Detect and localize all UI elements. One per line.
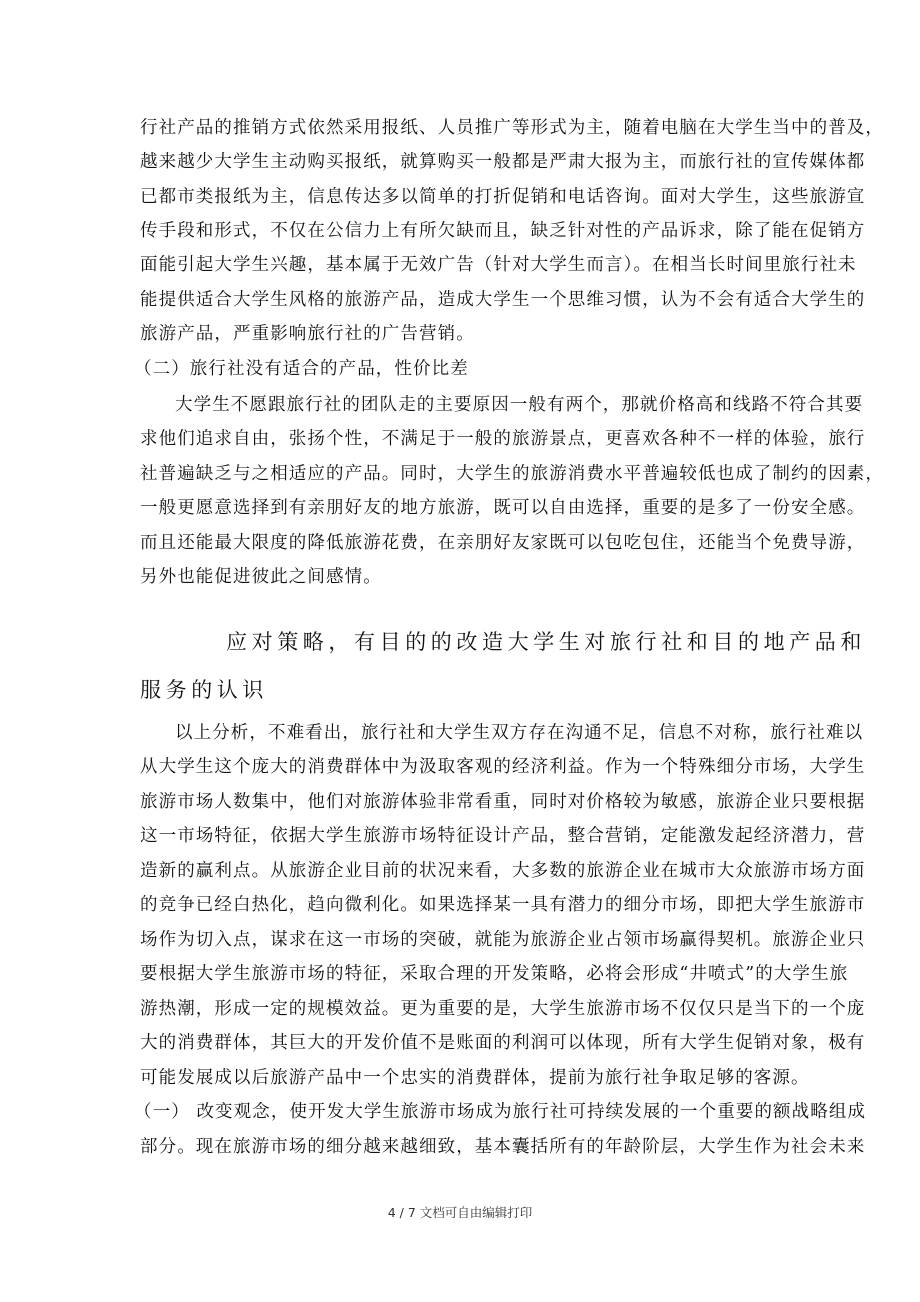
paragraph-line: 从大学生这个庞大的消费群体中为汲取客观的经济利益。作为一个特殊细分市场，大学生 [140, 756, 782, 778]
page-footer: 4 / 7 文档可自由编辑打印 [0, 1203, 920, 1221]
subheading: （二）旅行社没有适合的产品，性价比差 [134, 358, 776, 380]
paragraph-line: 这一市场特征，依据大学生旅游市场特征设计产品，整合营销，定能激发起经济潜力，营 [140, 825, 782, 847]
paragraph-line: 可能发展成以后旅游产品中一个忠实的消费群体，提前为旅行社争取足够的客源。 [140, 1067, 782, 1089]
document-page: 行社产品的推销方式依然采用报纸、人员推广等形式为主，随着电脑在大学生当中的普及，… [0, 0, 920, 1302]
paragraph-line: 求他们追求自由，张扬个性，不满足于一般的旅游景点，更喜欢各种不一样的体验，旅行 [140, 428, 782, 450]
paragraph-line: 大的消费群体，其巨大的开发价值不是账面的利润可以体现，所有大学生促销对象，极有 [140, 1032, 782, 1054]
paragraph-line: 造新的赢利点。从旅游企业目前的状况来看，大多数的旅游企业在城市大众旅游市场方面 [140, 860, 782, 882]
paragraph-line: 传手段和形式，不仅在公信力上有所欠缺而且，缺乏针对性的产品诉求，除了能在促销方 [140, 220, 782, 242]
paragraph-line: 要根据大学生旅游市场的特征，采取合理的开发策略，必将会形成“井喷式”的大学生旅 [140, 963, 782, 985]
paragraph-line: 以上分析，不难看出，旅行社和大学生双方存在沟通不足，信息不对称，旅行社难以 [175, 722, 782, 744]
paragraph-line: 一般更愿意选择到有亲朋好友的地方旅游，既可以自由选择，重要的是多了一份安全感。 [140, 497, 782, 519]
paragraph-line: 面能引起大学生兴趣，基本属于无效广告（针对大学生而言）。在相当长时间里旅行社未 [140, 254, 782, 276]
paragraph-line: 部分。现在旅游市场的细分越来越细致，基本囊括所有的年龄阶层，大学生作为社会未来 [140, 1136, 782, 1158]
paragraph-line: 另外也能促进彼此之间感情。 [140, 566, 782, 588]
paragraph-line: 大学生不愿跟旅行社的团队走的主要原因一般有两个，那就价格高和线路不符合其要 [175, 394, 782, 416]
paragraph-line: 行社产品的推销方式依然采用报纸、人员推广等形式为主，随着电脑在大学生当中的普及， [140, 117, 782, 139]
paragraph-line: 社普遍缺乏与之相适应的产品。同时，大学生的旅游消费水平普遍较低也成了制约的因素， [140, 463, 782, 485]
paragraph-line: 越来越少大学生主动购买报纸，就算购买一般都是严肃大报为主，而旅行社的宣传媒体都 [140, 151, 782, 173]
paragraph-line: 游热潮，形成一定的规模效益。更为重要的是，大学生旅游市场不仅仅只是当下的一个庞 [140, 998, 782, 1020]
paragraph-line: 的竞争已经白热化，趋向微利化。如果选择某一具有潜力的细分市场，即把大学生旅游市 [140, 894, 782, 916]
paragraph-line: 旅游产品，严重影响旅行社的广告营销。 [140, 323, 782, 345]
paragraph-line: （一） 改变观念，使开发大学生旅游市场成为旅行社可持续发展的一个重要的额战略组成 [134, 1101, 782, 1123]
paragraph-line: 而且还能最大限度的降低旅游花费，在亲朋好友家既可以包吃包住，还能当个免费导游， [140, 532, 782, 554]
paragraph-line: 场作为切入点，谋求在这一市场的突破，就能为旅游企业占领市场赢得契机。旅游企业只 [140, 929, 782, 951]
section-heading-continued: 服务的认识 [140, 676, 268, 704]
paragraph-line: 旅游市场人数集中，他们对旅游体验非常看重，同时对价格较为敏感，旅游企业只要根据 [140, 791, 782, 813]
paragraph-line: 已都市类报纸为主，信息传达多以简单的打折促销和电话咨询。面对大学生，这些旅游宣 [140, 186, 782, 208]
section-heading: 应对策略，有目的的改造大学生对旅行社和目的地产品和 [226, 628, 866, 656]
paragraph-line: 能提供适合大学生风格的旅游产品，造成大学生一个思维习惯，认为不会有适合大学生的 [140, 289, 782, 311]
